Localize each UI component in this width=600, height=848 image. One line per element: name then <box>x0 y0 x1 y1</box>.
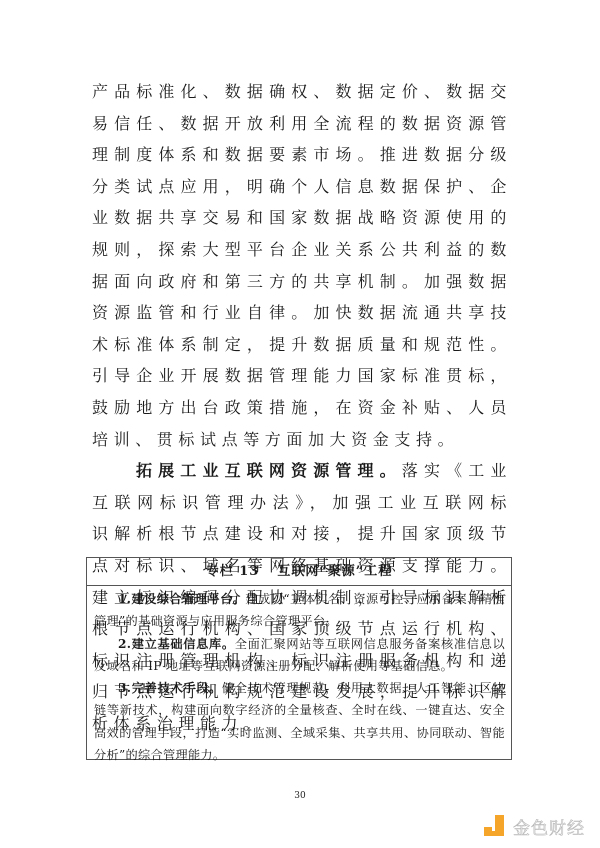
column-box-header: 专栏 13互联网“聚源”工程 <box>87 558 511 586</box>
paragraph-heading: 拓展工业互联网资源管理。 <box>136 461 402 480</box>
paragraph-data-resources: 产品标准化、数据确权、数据定价、数据交易信任、数据开放利用全流程的数据资源管理制… <box>92 76 512 455</box>
document-page: 产品标准化、数据确权、数据定价、数据交易信任、数据开放利用全流程的数据资源管理制… <box>0 0 600 848</box>
column-item-heading: 3.完善技术手段。 <box>118 681 222 695</box>
column-item-heading: 2.建立基础信息库。 <box>118 637 235 651</box>
column-item: 1.建设综合管理平台。建成以“主体实名、资源可控、应用备案、精准管理”的基础资源… <box>94 588 505 633</box>
watermark: 金色财经 <box>484 813 585 839</box>
jinse-logo-icon <box>484 815 506 837</box>
page-number: 30 <box>290 791 310 801</box>
column-item-heading: 1.建设综合管理平台。 <box>118 592 245 606</box>
column-box-label: 专栏 13 <box>206 564 260 579</box>
watermark-text: 金色财经 <box>513 814 585 839</box>
column-box-title: 互联网“聚源”工程 <box>277 564 392 579</box>
column-item: 2.建立基础信息库。全面汇聚网站等互联网信息服务备案核准信息以及域名和 IP 地… <box>94 633 505 678</box>
column-box-13: 专栏 13互联网“聚源”工程 1.建设综合管理平台。建成以“主体实名、资源可控、… <box>86 557 512 760</box>
column-box-body: 1.建设综合管理平台。建成以“主体实名、资源可控、应用备案、精准管理”的基础资源… <box>87 586 511 766</box>
paragraph-text: 产品标准化、数据确权、数据定价、数据交易信任、数据开放利用全流程的数据资源管理制… <box>92 82 512 449</box>
column-item: 3.完善技术手段。健全技术管理规范，利用大数据、人工智能、区块链等新技术，构建面… <box>94 677 505 766</box>
